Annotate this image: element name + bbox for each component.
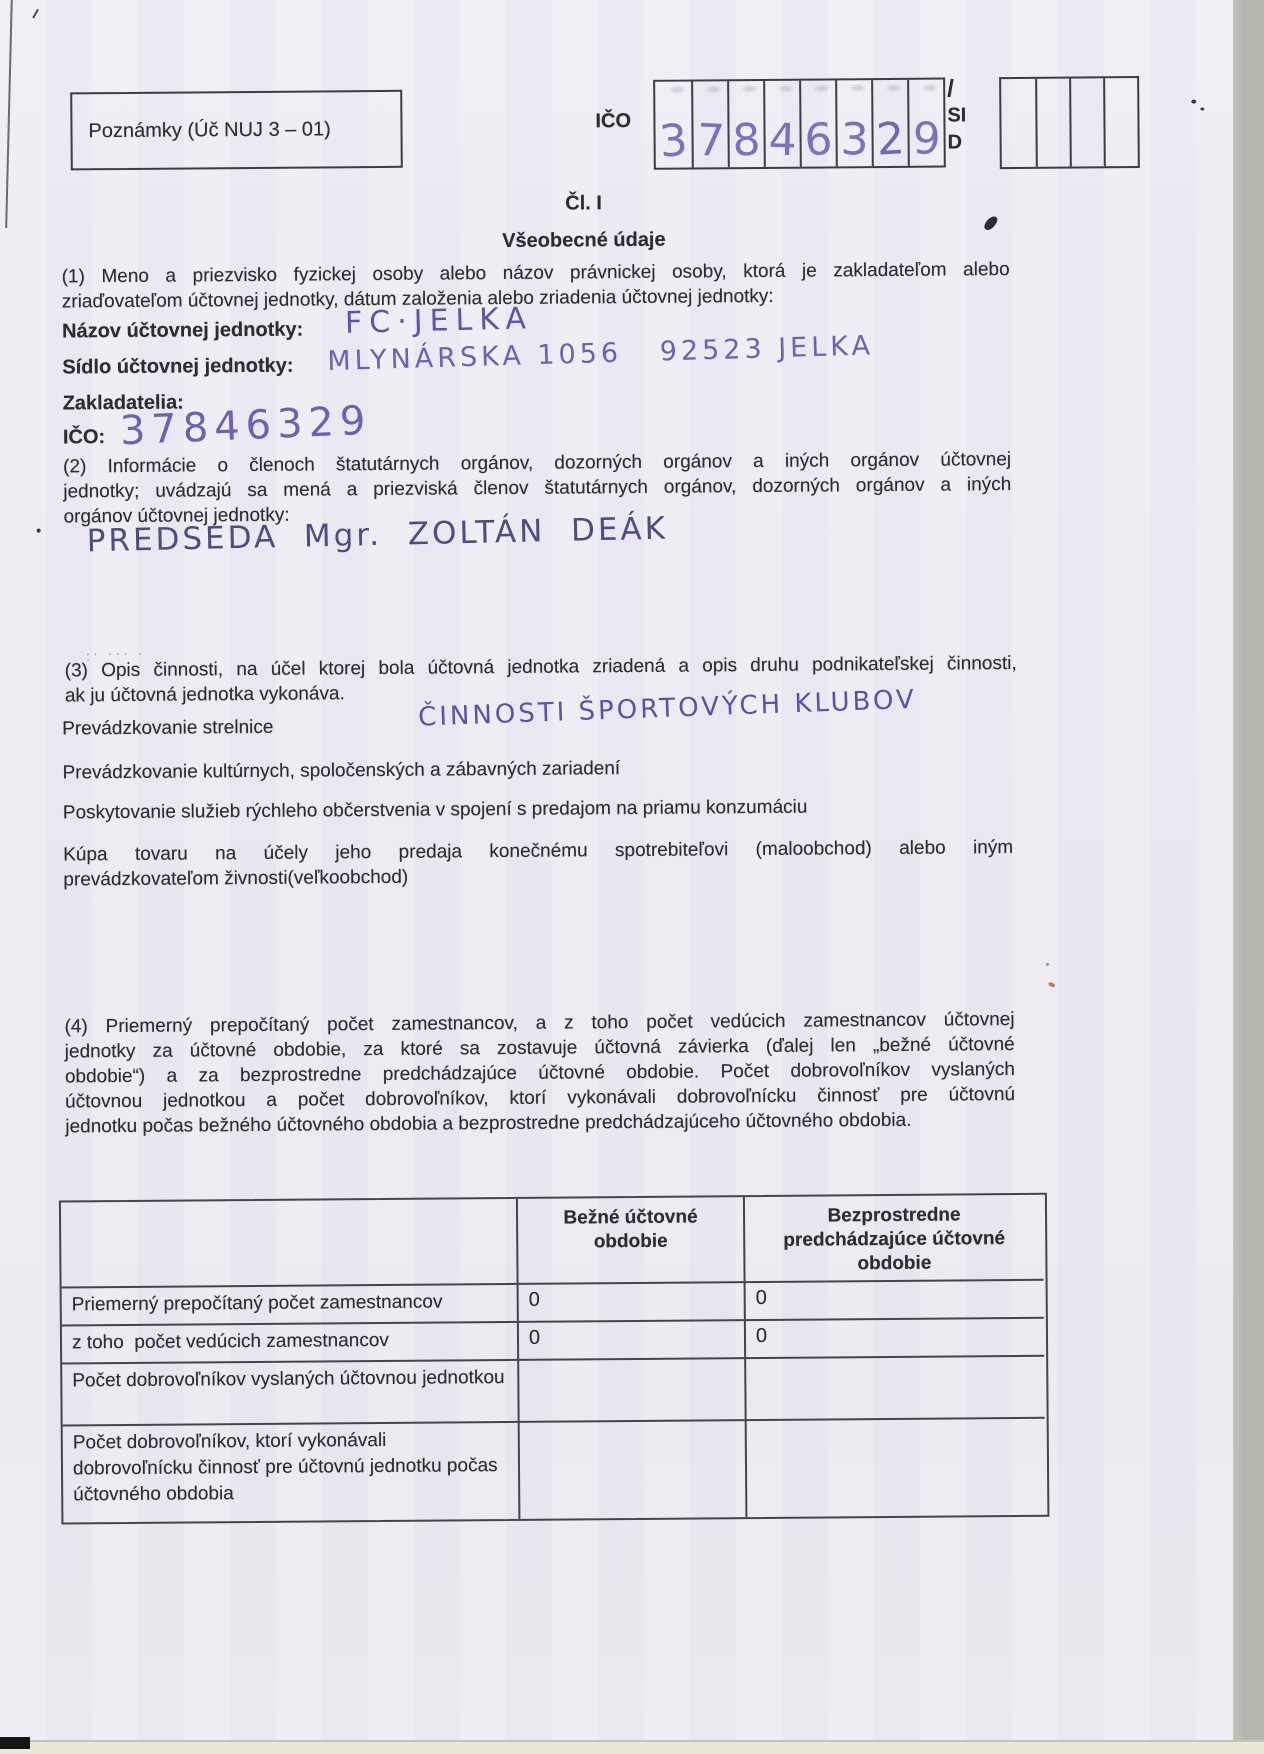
ico-digit: 3 (840, 118, 869, 167)
sid-cell (1035, 79, 1070, 167)
table-header-empty (61, 1199, 517, 1283)
sid-cell (1069, 78, 1104, 166)
table-row: Počet dobrovoľníkov vyslaných účtovnou j… (62, 1355, 1046, 1425)
article-title: Všeobecné údaje (61, 225, 1106, 256)
row-previous-value (745, 1417, 1046, 1517)
ico-digit: 3 (658, 119, 690, 169)
scan-bottom-black-mark (0, 1737, 30, 1749)
row-current-value (518, 1419, 746, 1519)
row-label: Počet dobrovoľníkov vyslaných účtovnou j… (62, 1359, 517, 1425)
sid-cell (1103, 78, 1138, 166)
sidlo-label: Sídlo účtovnej jednotky: (62, 355, 293, 380)
ico-cell: 9 (907, 80, 944, 166)
ico-field-label: IČO: (63, 426, 105, 449)
sid-slash: / (947, 75, 993, 102)
ico-cell: 2 (871, 80, 908, 166)
ico-digit: 7 (696, 119, 726, 168)
scan-speck (32, 9, 39, 19)
ico-digit: 4 (768, 118, 797, 167)
scanned-form-page: Poznámky (Úč NUJ 3 – 01) IČO 3 7 8 4 6 3… (0, 0, 1264, 1754)
scan-bottom-edge (0, 1740, 1264, 1754)
ico-box-label: IČO (595, 110, 631, 133)
paper-content: Poznámky (Úč NUJ 3 – 01) IČO 3 7 8 4 6 3… (0, 0, 1264, 1754)
row-current-value: 0 (517, 1281, 744, 1321)
form-title-box: Poznámky (Úč NUJ 3 – 01) (70, 90, 403, 171)
row-previous-value: 0 (744, 1317, 1044, 1357)
activity-line-4: Kúpa tovaru na účely jeho predaja konečn… (63, 835, 1013, 892)
scan-speck (37, 529, 41, 533)
ico-cell: 3 (835, 80, 872, 166)
row-current-value (517, 1357, 744, 1421)
ico-handwritten-value: 37846329 (119, 398, 372, 455)
row-previous-value (744, 1355, 1044, 1419)
ico-cell: 8 (727, 81, 764, 167)
scanner-background-strip (1233, 0, 1264, 1754)
article-number: Čl. I (61, 188, 1106, 219)
activity-line-1: Prevádzkovanie strelnice (62, 715, 273, 742)
nazov-handwritten-value: FC·JELKA (345, 301, 534, 341)
ico-digit: 6 (804, 118, 833, 167)
scan-speck (1200, 107, 1204, 110)
scan-speck (1048, 981, 1056, 988)
ico-digit-grid: 3 7 8 4 6 3 2 9 (653, 78, 946, 170)
ico-cell: 4 (763, 81, 800, 167)
row-label: Priemerný prepočítaný počet zamestnancov (62, 1283, 517, 1325)
sid-si: SI (947, 102, 993, 129)
ico-cell: 3 (655, 82, 692, 168)
paragraph-1: (1) Meno a priezvisko fyzickej osoby ale… (62, 257, 1010, 314)
activity-line-2: Prevádzkovanie kultúrnych, spoločenských… (62, 756, 620, 785)
activity-line-3: Poskytovanie služieb rýchleho občerstven… (63, 795, 808, 826)
table-header-previous: Bezprostredne predchádzajúce účtovné obd… (743, 1195, 1044, 1281)
table-row: Počet dobrovoľníkov, ktorí vykonávali do… (63, 1417, 1048, 1523)
table-header-row: Bežné účtovné obdobie Bezprostredne pred… (61, 1195, 1046, 1287)
scan-speck (1046, 963, 1049, 966)
scan-speck (1191, 100, 1196, 104)
row-current-value: 0 (517, 1319, 744, 1359)
ico-digit: 2 (875, 117, 906, 167)
ico-digit: 8 (732, 119, 762, 168)
row-label: Počet dobrovoľníkov, ktorí vykonávali do… (63, 1421, 519, 1523)
sid-cell (1001, 79, 1036, 167)
sid-label: / SI D (947, 75, 994, 156)
row-previous-value: 0 (744, 1279, 1044, 1319)
nazov-label: Názov účtovnej jednotky: (62, 319, 303, 344)
ico-cell: 7 (691, 81, 728, 167)
sid-grid (999, 76, 1140, 169)
sid-d: D (948, 129, 994, 156)
ico-digit: 9 (912, 117, 941, 166)
row-label: z toho počet vedúcich zamestnancov (62, 1321, 517, 1363)
pencil-smudge: ·· ··· · · (86, 650, 156, 657)
employees-table: Bežné účtovné obdobie Bezprostredne pred… (59, 1193, 1050, 1525)
form-title: Poznámky (Úč NUJ 3 – 01) (88, 118, 330, 143)
paragraph-4: (4) Priemerný prepočítaný počet zamestna… (64, 1007, 1015, 1139)
table-header-current: Bežné účtovné obdobie (516, 1197, 744, 1283)
ico-cell: 6 (799, 80, 836, 166)
